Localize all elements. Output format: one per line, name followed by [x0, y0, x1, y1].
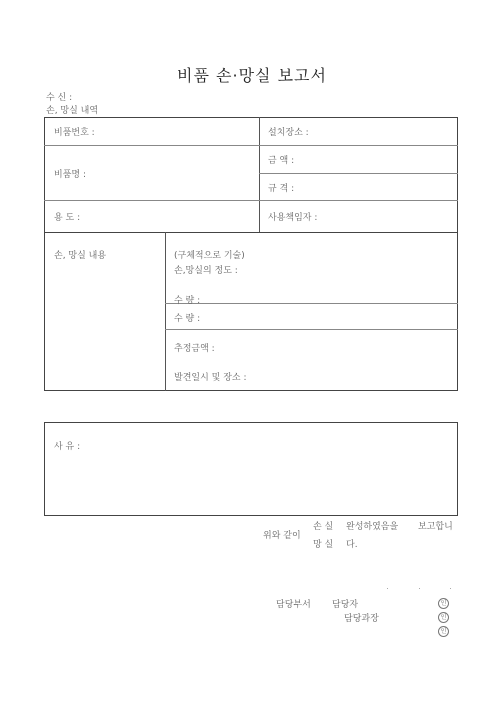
amount-field[interactable]: 금 액 :: [268, 153, 294, 166]
reason-box[interactable]: [44, 422, 458, 516]
quantity-field-2[interactable]: 수 량 :: [174, 311, 200, 324]
recipient-label: 수 신 :: [46, 90, 72, 103]
details-table: [44, 117, 458, 391]
statement-suffix-1: 보고합니: [418, 519, 453, 532]
date-mark: [387, 588, 388, 589]
person-in-charge-label: 담당자: [332, 597, 358, 610]
item-number-field[interactable]: 비품번호 :: [54, 125, 95, 138]
section-label: 손, 망실 내역: [46, 103, 98, 116]
discovery-field[interactable]: 발견일시 및 장소 :: [174, 370, 246, 383]
document-title: 비품 손·망실 보고서: [0, 63, 504, 86]
section-chief-label: 담당과장: [344, 611, 379, 624]
damage-content-label: 손, 망실 내용: [54, 248, 106, 261]
detail-hint: (구체적으로 기술): [174, 248, 245, 261]
damage-degree-field[interactable]: 손,망실의 정도 :: [174, 263, 238, 276]
reason-label: 사 유 :: [54, 439, 80, 452]
statement-middle: 완성하였음을: [346, 519, 398, 532]
option-loss: 손 실: [313, 519, 333, 532]
divider: [44, 232, 458, 233]
divider: [44, 145, 458, 146]
quantity-field[interactable]: 수 량 :: [174, 293, 200, 306]
divider: [165, 232, 166, 391]
statement-suffix-2: 다.: [346, 537, 358, 550]
responsible-user-field[interactable]: 사용책임자 :: [268, 210, 317, 223]
seal-icon: 인: [438, 612, 449, 623]
seal-icon: 인: [438, 598, 449, 609]
date-mark: [419, 588, 420, 589]
estimated-amount-field[interactable]: 추정금액 :: [174, 341, 215, 354]
divider: [259, 173, 458, 174]
spec-field[interactable]: 규 격 :: [268, 181, 294, 194]
date-mark: [450, 588, 451, 589]
option-lost: 망 실: [313, 537, 333, 550]
department-label: 담당부서: [276, 597, 311, 610]
divider: [44, 200, 458, 201]
statement-prefix: 위와 같이: [263, 528, 301, 541]
seal-icon: 인: [438, 626, 449, 637]
divider: [165, 303, 458, 304]
install-location-field[interactable]: 설치장소 :: [268, 125, 309, 138]
divider: [165, 329, 458, 330]
item-name-field[interactable]: 비품명 :: [54, 167, 86, 180]
divider: [259, 117, 260, 232]
usage-field[interactable]: 용 도 :: [54, 210, 80, 223]
